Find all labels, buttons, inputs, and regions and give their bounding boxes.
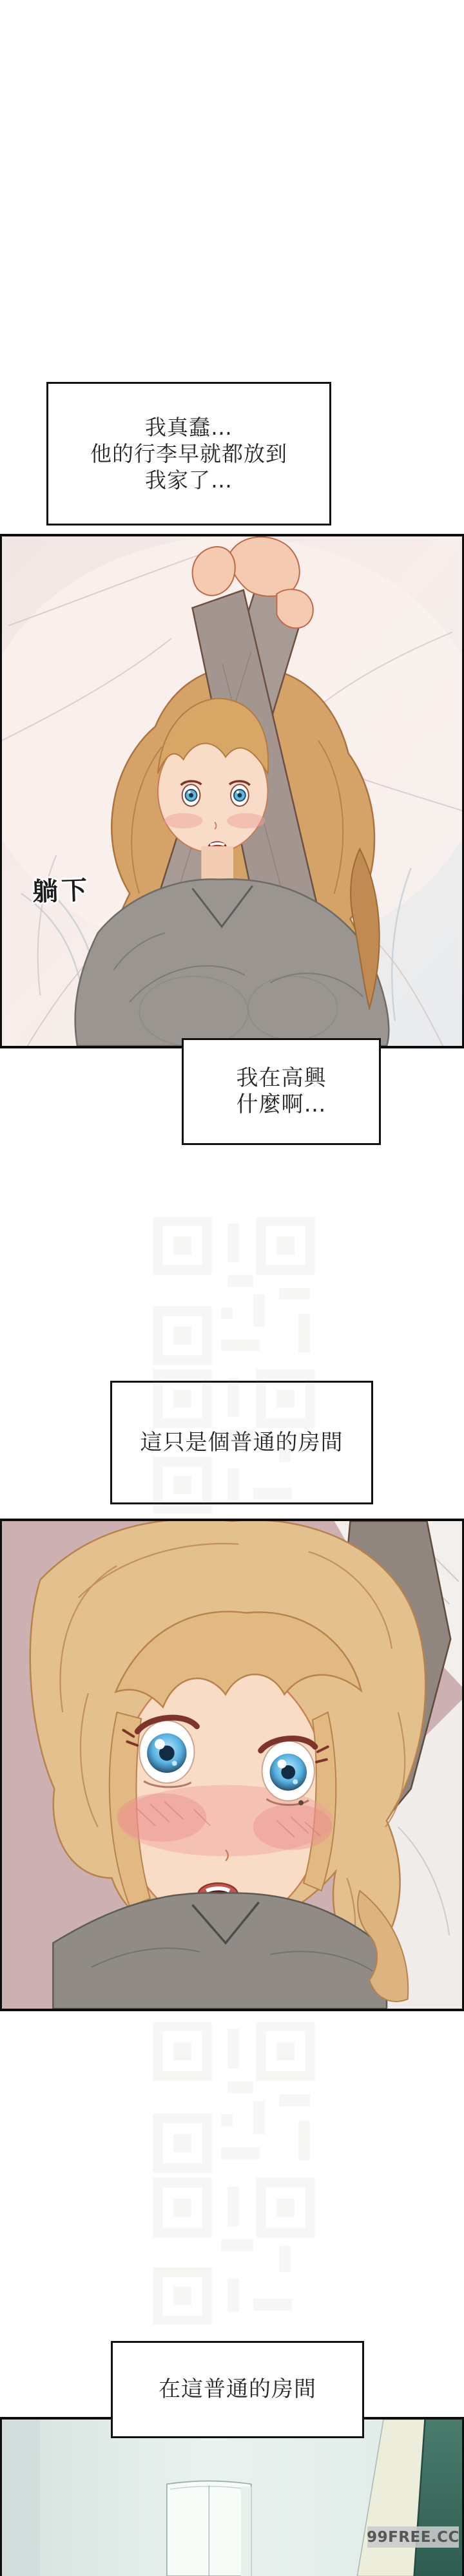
speech-line: 什麼啊… bbox=[237, 1092, 327, 1118]
speech-line: 我真蠢… bbox=[145, 414, 233, 440]
panel-2-illustration bbox=[2, 1521, 462, 2009]
panel-3 bbox=[0, 2417, 464, 2576]
sfx-laydown-text: 躺下 bbox=[32, 869, 91, 908]
panel-1-illustration bbox=[2, 536, 462, 1046]
speech-box-2: 我在高興 什麼啊… bbox=[182, 1038, 381, 1145]
speech-line: 在這普通的房間 bbox=[159, 2376, 316, 2403]
speech-box-3: 這只是個普通的房間 bbox=[110, 1381, 373, 1504]
panel-2 bbox=[0, 1519, 464, 2011]
speech-line: 他的行李早就都放到 bbox=[90, 440, 287, 467]
speech-box-4: 在這普通的房間 bbox=[111, 2341, 364, 2438]
qr-watermark-2 bbox=[150, 2022, 318, 2325]
speech-box-1: 我真蠢… 他的行李早就都放到 我家了… bbox=[46, 382, 331, 526]
speech-line: 我在高興 bbox=[237, 1065, 327, 1092]
panel-3-illustration bbox=[2, 2420, 462, 2576]
comic-page: 我真蠢… 他的行李早就都放到 我家了… bbox=[0, 0, 464, 2576]
watermark-text: 99FREE.CC bbox=[367, 2529, 459, 2546]
watermark-badge: 99FREE.CC bbox=[367, 2526, 459, 2548]
speech-line: 我家了… bbox=[145, 467, 233, 493]
speech-line: 這只是個普通的房間 bbox=[140, 1430, 343, 1456]
panel-1 bbox=[0, 534, 464, 1048]
